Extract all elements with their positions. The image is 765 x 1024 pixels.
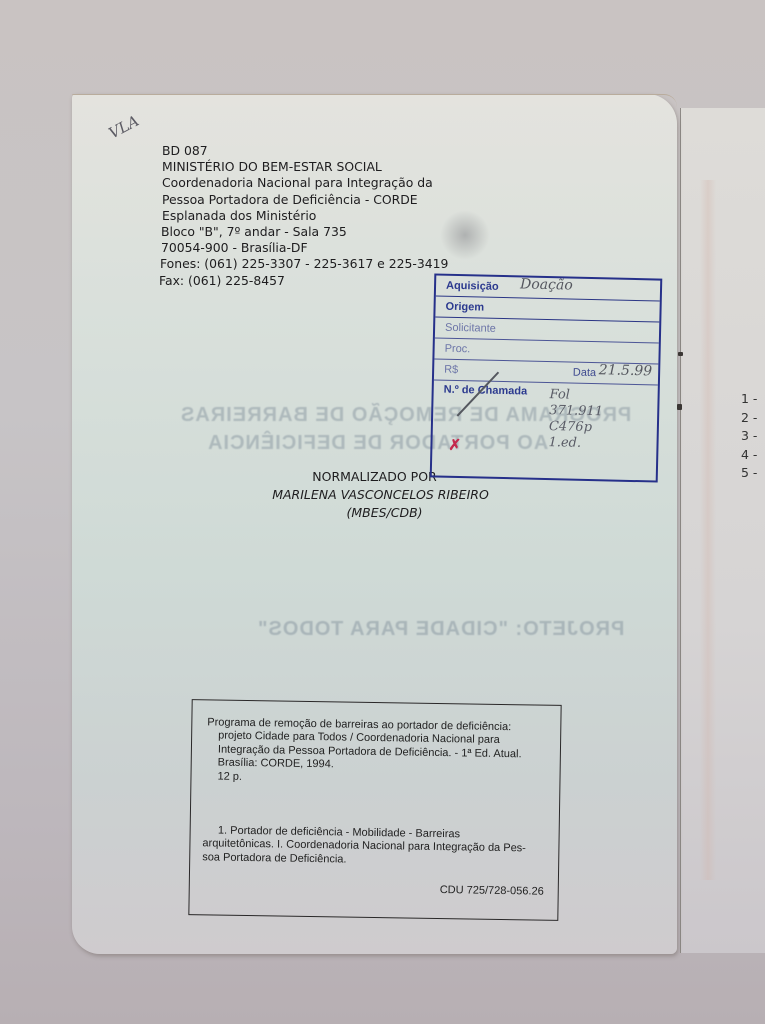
handwritten-date: 21.5.99 (599, 360, 653, 381)
header-address-1: Esplanada dos Ministério (162, 208, 448, 224)
stamp-call-number: N.º de Chamada Fol 371.911 C476p 1.ed. ✗ (432, 380, 658, 475)
staple (677, 404, 682, 410)
catalog-cdu: CDU 725/728-056.26 (440, 884, 544, 899)
header-corde: Pessoa Portadora de Deficiência - CORDE (162, 192, 448, 208)
publisher-header: BD 087 MINISTÉRIO DO BEM-ESTAR SOCIAL Co… (162, 143, 448, 289)
catalog-subjects: 1. Portador de deficiência - Mobilidade … (202, 824, 543, 870)
catalog-entry: Programa de remoção de barreiras ao port… (217, 717, 544, 789)
right-page (680, 108, 765, 953)
staple (678, 352, 683, 356)
handwritten-call-number: Fol 371.911 C476p 1.ed. (548, 387, 603, 452)
catalog-card: Programa de remoção de barreiras ao port… (188, 699, 561, 921)
header-phones: Fones: (061) 225-3307 - 225-3617 e 225-3… (160, 256, 448, 272)
list-item: 4 - (741, 446, 757, 465)
right-page-list: 1 - 2 - 3 - 4 - 5 - (741, 390, 757, 483)
header-fax: Fax: (061) 225-8457 (159, 273, 448, 289)
header-code: BD 087 (162, 143, 448, 159)
list-item: 2 - (741, 409, 757, 428)
normalizer-affiliation: (MBES/CDB) (82, 505, 687, 520)
red-check-mark-icon: ✗ (448, 437, 461, 455)
list-item: 1 - (741, 390, 757, 409)
list-item: 3 - (741, 427, 757, 446)
stamp-date-label: Data (573, 363, 597, 384)
handwritten-acquisition: Doação (520, 274, 573, 295)
normalizer-name: MARILENA VASCONCELOS RIBEIRO (78, 487, 683, 502)
header-postal: 70054-900 - Brasília-DF (161, 240, 448, 256)
header-coordination: Coordenadoria Nacional para Integração d… (162, 175, 448, 191)
header-ministry: MINISTÉRIO DO BEM-ESTAR SOCIAL (162, 159, 448, 175)
library-stamp: Aquisição Doação Origem Solicitante Proc… (430, 273, 663, 482)
list-item: 5 - (741, 464, 757, 483)
bleedthrough-project-title: PROJETO: "CIDADE PARA TODOS" (257, 618, 624, 641)
page-fold-shade (700, 180, 716, 880)
header-address-2: Bloco "B", 7º andar - Sala 735 (161, 224, 448, 240)
